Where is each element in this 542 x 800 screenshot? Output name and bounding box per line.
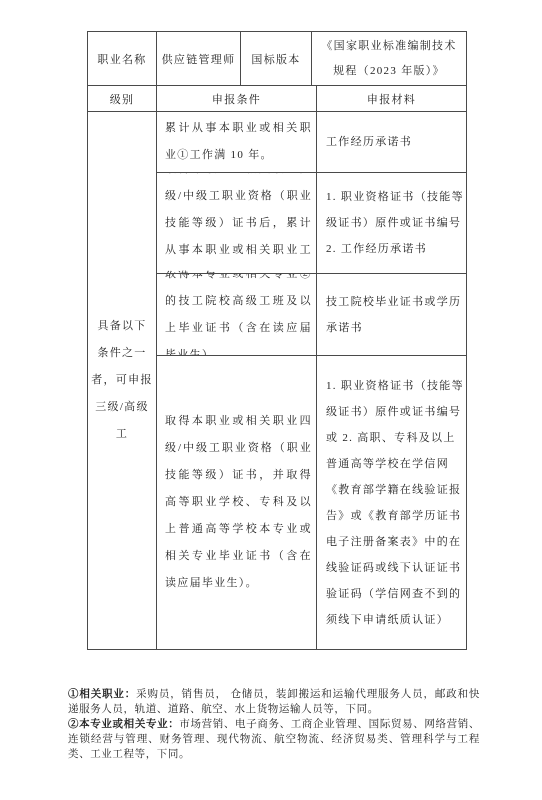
materials-header-cell: 申报材料 bbox=[317, 86, 466, 111]
material-cell: 技工院校毕业证书或学历承诺书 bbox=[317, 274, 466, 355]
footnote-related-majors: ②本专业或相关专业：市场营销、电子商务、工商企业管理、国际贸易、网络营销、连锁经… bbox=[68, 717, 480, 762]
material-cell: 1. 职业资格证书（技能等级证书）原件或证书编号 2. 工作经历承诺书 bbox=[317, 173, 466, 273]
table-row: 累计从事本职业或相关职业①工作满 10 年。 工作经历承诺书 bbox=[157, 112, 466, 173]
occupation-name-value-cell: 供应链管理师 bbox=[157, 32, 241, 85]
gb-version-value-cell: 《国家职业标准编制技术规程（2023 年版）》 bbox=[312, 32, 466, 85]
conditions-header-cell: 申报条件 bbox=[157, 86, 317, 111]
condition-cell: 累计从事本职业或相关职业①工作满 10 年。 bbox=[157, 112, 317, 172]
footnote-related-majors-label: ②本专业或相关专业： bbox=[68, 719, 179, 730]
condition-rows: 累计从事本职业或相关职业①工作满 10 年。 工作经历承诺书 取得本职业或相关职… bbox=[157, 112, 466, 649]
table-body: 具备以下 条件之一 者，可申报 三级/高级 工 累计从事本职业或相关职业①工作满… bbox=[88, 112, 466, 649]
level-header-cell: 级别 bbox=[88, 86, 157, 111]
occupation-standard-table: 职业名称 供应链管理师 国标版本 《国家职业标准编制技术规程（2023 年版）》… bbox=[87, 31, 467, 650]
table-row: 取得本职业或相关职业四级/中级工职业资格（职业技能等级）证书后，累计从事本职业或… bbox=[157, 173, 466, 274]
occupation-name-label-cell: 职业名称 bbox=[88, 32, 157, 85]
table-row: 取得本职业或相关职业四级/中级工职业资格（职业技能等级）证书，并取得高等职业学校… bbox=[157, 356, 466, 649]
condition-cell: 取得本专业或相关专业②的技工院校高级工班及以上毕业证书（含在读应届毕业生）。 bbox=[157, 274, 317, 355]
condition-cell: 取得本职业或相关职业四级/中级工职业资格（职业技能等级）证书，并取得高等职业学校… bbox=[157, 356, 317, 649]
condition-cell: 取得本职业或相关职业四级/中级工职业资格（职业技能等级）证书后，累计从事本职业或… bbox=[157, 173, 317, 273]
material-cell: 工作经历承诺书 bbox=[317, 112, 466, 172]
table-row: 取得本专业或相关专业②的技工院校高级工班及以上毕业证书（含在读应届毕业生）。 技… bbox=[157, 274, 466, 356]
table-column-header-row: 级别 申报条件 申报材料 bbox=[88, 86, 466, 112]
gb-version-label-cell: 国标版本 bbox=[241, 32, 312, 85]
material-cell: 1. 职业资格证书（技能等级证书）原件或证书编号 或 2. 高职、专科及以上普通… bbox=[317, 356, 466, 649]
footnote-related-occupations: ①相关职业：采购员，销售员， 仓储员，装卸搬运和运输代理服务人员，邮政和快递服务… bbox=[68, 687, 480, 717]
level-value-cell: 具备以下 条件之一 者，可申报 三级/高级 工 bbox=[88, 112, 157, 649]
table-title-row: 职业名称 供应链管理师 国标版本 《国家职业标准编制技术规程（2023 年版）》 bbox=[88, 32, 466, 86]
footnotes: ①相关职业：采购员，销售员， 仓储员，装卸搬运和运输代理服务人员，邮政和快递服务… bbox=[68, 687, 480, 762]
footnote-related-occupations-label: ①相关职业： bbox=[68, 689, 136, 700]
